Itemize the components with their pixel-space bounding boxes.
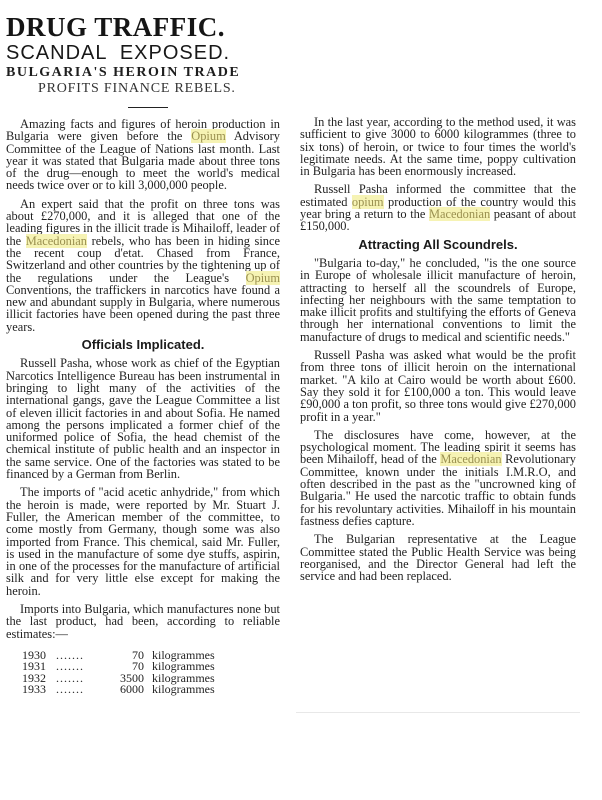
paragraph: Imports into Bulgaria, which manufacture… [6,603,280,640]
search-highlight: Macedonian [429,207,490,221]
paragraph: Russell Pasha, whose work as chief of th… [6,357,280,480]
subheading: Attracting All Scoundrels. [300,239,576,251]
right-column: In the last year, according to the metho… [300,116,576,588]
paragraph: The Bulgarian representative at the Leag… [300,533,576,582]
headline-deck-1: BULGARIA'S HEROIN TRADE [6,64,296,81]
paragraph: "Bulgaria to-day," he concluded, "is the… [300,257,576,343]
paragraph: The imports of "acid acetic anhydride," … [6,486,280,597]
newspaper-clipping: DRUG TRAFFIC. SCANDAL EXPOSED. BULGARIA'… [0,0,602,800]
paragraph: Amazing facts and figures of heroin prod… [6,118,280,192]
left-column: Amazing facts and figures of heroin prod… [6,118,280,696]
paragraph: Russell Pasha was asked what would be th… [300,349,576,423]
paragraph: The disclosures have come, however, at t… [300,429,576,527]
paragraph: Russell Pasha informed the committee tha… [300,183,576,232]
table-row: 1933.......6000kilogrammes [22,684,280,696]
subheading: Officials Implicated. [6,339,280,351]
headline-block: DRUG TRAFFIC. SCANDAL EXPOSED. BULGARIA'… [6,6,296,108]
headline-divider [128,107,168,108]
headline-title: DRUG TRAFFIC. [6,12,296,42]
imports-table: 1930.......70kilogrammes 1931.......70ki… [22,650,280,696]
headline-deck-2: PROFITS FINANCE REBELS. [38,81,296,97]
headline-subtitle: SCANDAL EXPOSED. [6,42,296,64]
paragraph: In the last year, according to the metho… [300,116,576,177]
paragraph: An expert said that the profit on three … [6,198,280,333]
